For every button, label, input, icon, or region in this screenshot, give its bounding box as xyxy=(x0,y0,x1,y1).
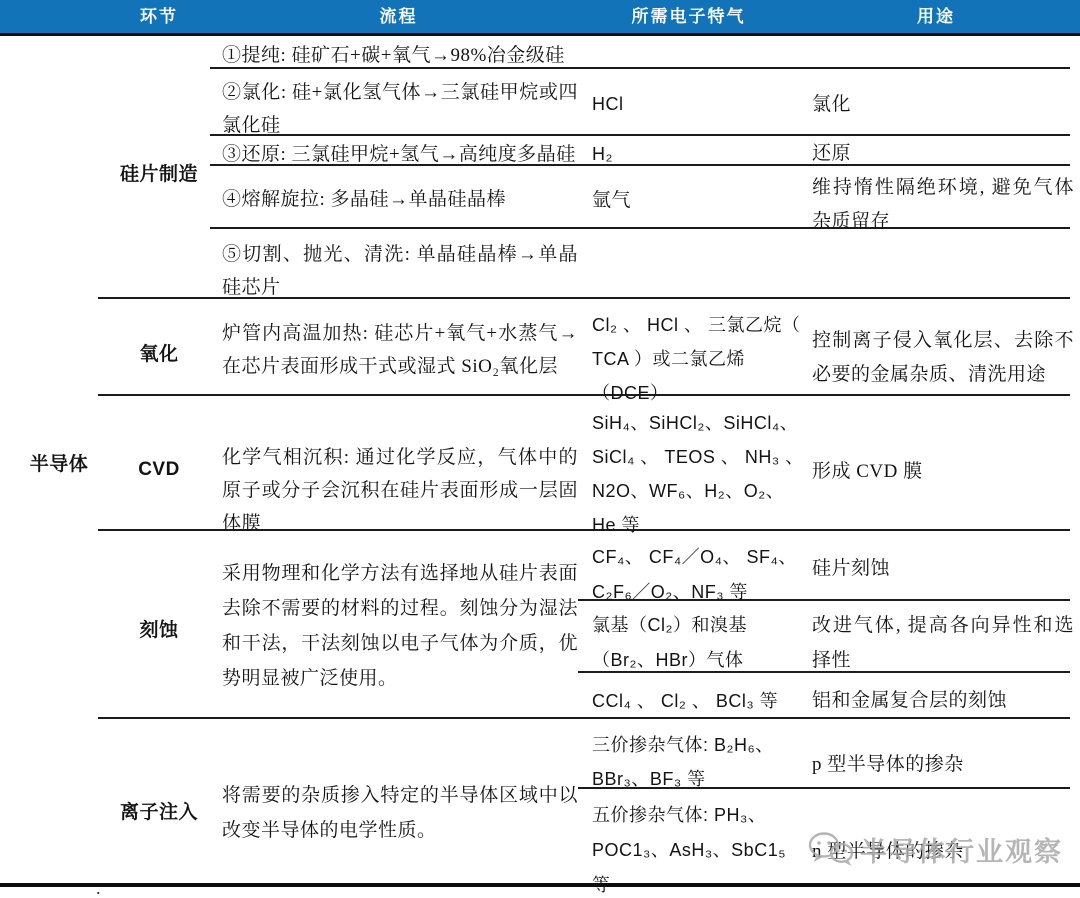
header-underline xyxy=(0,33,1080,36)
usage-etch-metal: 铝和金属复合层的刻蚀 xyxy=(812,684,1074,718)
header-col-gas: 所需电子特气 xyxy=(577,0,800,33)
stage-label-cvd: CVD xyxy=(98,453,220,486)
stage-label-oxidation: 氧化 xyxy=(98,338,220,371)
process-step-4: ④熔解旋拉: 多晶硅→单晶硅晶棒 xyxy=(222,183,578,216)
stage-label-ion-implant: 离子注入 xyxy=(98,796,220,829)
usage-etch-anisotropy: 改进气体, 提高各向异性和选择性 xyxy=(812,608,1074,678)
section-divider xyxy=(98,394,1070,396)
usage-oxidation: 控制离子侵入氧化层、去除不必要的金属杂质、清洗用途 xyxy=(812,324,1074,392)
header-col-stage: 环节 xyxy=(98,0,220,33)
process-ion-implant: 将需要的杂质掺入特定的半导体区域中以改变半导体的电学性质。 xyxy=(222,778,578,848)
usage-inert-environment: 维持惰性隔绝环境, 避免气体杂质留存 xyxy=(812,171,1074,239)
process-oxidation: 炉管内高温加热: 硅芯片+氧气+水蒸气→在芯片表面形成干式或湿式 SiO₂氧化层 xyxy=(222,317,578,383)
table-bottom-rule xyxy=(0,883,1080,887)
gas-oxidation: Cl₂ 、 HCl 、 三氯乙烷（ TCA ）或二氯乙烯（DCE） xyxy=(592,308,804,410)
gas-cvd: SiH₄、SiHCl₂、SiHCl₄、SiCl₄ 、 TEOS 、 NH₃ 、N… xyxy=(592,406,804,542)
usage-reduction: 还原 xyxy=(812,137,1074,171)
gas-etch-metal: CCl₄ 、 Cl₂ 、 BCl₃ 等 xyxy=(592,684,804,718)
usage-p-type-doping: p 型半导体的掺杂 xyxy=(812,748,1074,782)
gas-argon: 氩气 xyxy=(592,184,804,218)
usage-n-type-doping: n 型半导体的掺杂 xyxy=(812,835,1074,869)
process-step-1: ①提纯: 硅矿石+碳+氧气→98%冶金级硅 xyxy=(222,39,578,72)
usage-etch-wafer: 硅片刻蚀 xyxy=(812,552,1074,586)
category-label: 半导体 xyxy=(16,448,102,481)
gas-pentavalent-dopants: 五价掺杂气体: PH₃、POC1₃、AsH₃、SbC1₅ 等 xyxy=(592,798,804,898)
process-etching: 采用物理和化学方法有选择地从硅片表面去除不需要的材料的过程。刻蚀分为湿法和干法，… xyxy=(222,556,578,696)
process-step-3: ③还原: 三氯硅甲烷+氢气→高纯度多晶硅 xyxy=(222,138,578,171)
gas-etch-fluorine: CF₄、 CF₄／O₄、 SF₄、C₂F₆／O₂、NF₃ 等 xyxy=(592,540,804,610)
gas-hcl: HCl xyxy=(592,87,804,121)
header-col-usage: 用途 xyxy=(800,0,1072,33)
stage-label-etching: 刻蚀 xyxy=(98,614,220,647)
process-step-2: ②氯化: 硅+氯化氢气体→三氯硅甲烷或四氯化硅 xyxy=(222,76,578,142)
stray-mark: . xyxy=(96,878,101,898)
specialty-gas-table-page: 环节 流程 所需电子特气 用途 半导体 硅片制造 氧化 CVD 刻蚀 离子注入 … xyxy=(0,0,1080,898)
gas-etch-chlorine-bromine: 氯基（Cl₂）和溴基（Br₂、HBr）气体 xyxy=(592,608,804,678)
process-step-5: ⑤切割、抛光、清洗: 单晶硅晶棒→单晶硅芯片 xyxy=(222,238,578,304)
gas-trivalent-dopants: 三价掺杂气体: B₂H₆、BBr₃、BF₃ 等 xyxy=(592,728,804,796)
stage-label-wafer: 硅片制造 xyxy=(98,158,220,191)
usage-chlorination: 氯化 xyxy=(812,88,1074,122)
gas-h2: H₂ xyxy=(592,137,804,171)
header-col-process: 流程 xyxy=(220,0,577,33)
process-cvd: 化学气相沉积: 通过化学反应，气体中的原子或分子会沉积在硅片表面形成一层固体膜 xyxy=(222,441,578,540)
usage-cvd: 形成 CVD 膜 xyxy=(812,455,1074,489)
